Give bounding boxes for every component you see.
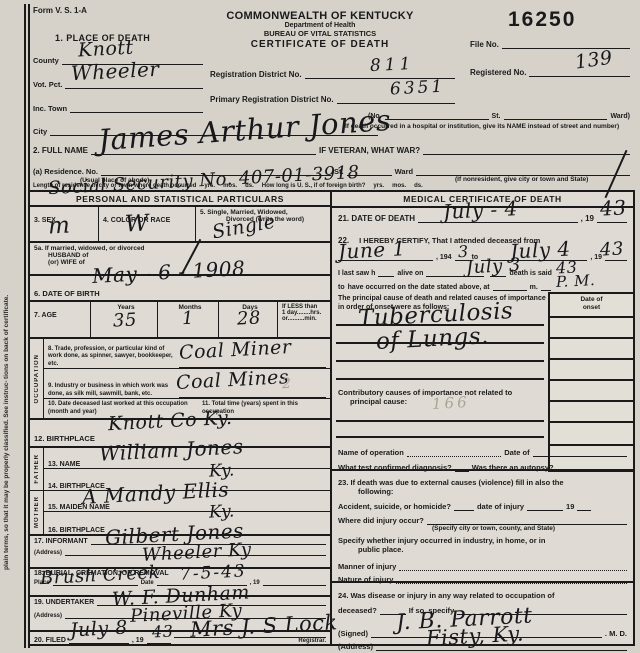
- injury-date-label: date of injury: [477, 502, 524, 511]
- race-cell: 4. COLOR OR RACE W: [99, 207, 196, 241]
- age-days-cell: Days 28: [219, 302, 278, 338]
- parents-strip: FATHER MOTHER: [30, 448, 44, 534]
- row-mother-maiden: 15. MAIDEN NAME A Mandy Ellis: [44, 491, 330, 513]
- certify-194: , 194: [436, 254, 452, 261]
- operation-row: Name of operation Date of: [338, 448, 627, 457]
- veteran-label: IF VETERAN, WHAT WAR?: [319, 146, 420, 155]
- filed-date-value: July 8: [70, 619, 129, 641]
- registration-district-value: 811: [370, 56, 415, 75]
- votpct-row: Vot. Pct. Wheeler: [33, 80, 203, 89]
- contrib-faint-stamp: 166: [432, 395, 470, 412]
- primary-district-value: 6351: [390, 79, 446, 99]
- department-line: Department of Health: [195, 22, 445, 29]
- industry-value: Coal Mines: [176, 368, 290, 393]
- file-no-label: File No.: [470, 40, 499, 49]
- external-causes-line-1: 23. If death was due to external causes …: [338, 478, 627, 487]
- dob-label: 6. DATE OF BIRTH: [34, 289, 100, 298]
- age-years-cell: Years 35: [91, 302, 158, 338]
- age-months-cell: Months 1: [158, 302, 219, 338]
- industry-label: 9. Industry or business in which work wa…: [48, 383, 176, 398]
- residence-label: (a) Residence. No.: [33, 167, 98, 176]
- death-certificate-scan: plain terms, so that it may be properly …: [0, 0, 640, 653]
- physician-address-row: (Address) Fisty, Ky.: [338, 642, 627, 651]
- age-years-value: 35: [113, 311, 138, 330]
- physician-address-label: (Address): [338, 642, 373, 651]
- row-trade: 8. Trade, profession, or particular kind…: [44, 339, 330, 369]
- margin-line-1: plain terms, so that it may be properly …: [2, 380, 11, 570]
- date-of-death-value: July - 4: [443, 198, 519, 222]
- burial-year-label: , 19: [250, 580, 260, 586]
- city-st-hint: St.: [492, 113, 501, 120]
- operation-label: Name of operation: [338, 448, 404, 457]
- city-ward-hint: Ward): [610, 113, 630, 120]
- city-label: City: [33, 127, 47, 136]
- occupation-strip: OCCUPATION: [30, 339, 44, 418]
- onset-label-1: Date of: [550, 296, 633, 304]
- primary-district-label: Primary Registration District No.: [210, 95, 334, 104]
- form-number: Form V. S. 1-A: [33, 6, 87, 15]
- full-name-label: 2. FULL NAME: [33, 146, 88, 155]
- stamp-number: 16250: [508, 8, 576, 32]
- mother-vertical-label: MOTHER: [34, 496, 40, 528]
- registered-no-value: 139: [574, 48, 614, 72]
- specify-text-2: public place.: [358, 545, 403, 554]
- ds-label-2: ds.: [414, 183, 423, 189]
- external-label-1: 23. If death was due to external causes …: [338, 478, 564, 487]
- onset-label-2: onset: [550, 304, 633, 312]
- manner-row: Manner of injury: [338, 562, 627, 571]
- onset-label: Date of onset: [550, 294, 633, 312]
- city-hint-row: (No. St. Ward): [368, 113, 630, 120]
- occupation-block: OCCUPATION 8. Trade, profession, or part…: [30, 339, 330, 420]
- inctown-row: Inc. Town: [33, 104, 203, 113]
- county-label: County: [33, 56, 59, 65]
- certificate-title: CERTIFICATE OF DEATH: [195, 39, 445, 50]
- votpct-value: Wheeler: [71, 59, 160, 84]
- race-value: W: [124, 213, 149, 237]
- manner-label: Manner of injury: [338, 562, 396, 571]
- personal-column: PERSONAL AND STATISTICAL PARTICULARS 3. …: [30, 192, 330, 644]
- alive-label: alive on: [397, 270, 423, 277]
- date-of-death-19: , 19: [581, 214, 594, 223]
- occupation-related-label: 24. Was disease or injury in any way rel…: [338, 591, 554, 600]
- specify-line-1: Specify whether injury occurred in indus…: [338, 536, 627, 545]
- industry-stray-mark: 2: [282, 377, 292, 391]
- date-of-death-label: 21. DATE OF DEATH: [338, 214, 415, 223]
- contrib-line-2: principal cause:: [350, 397, 627, 406]
- age-months-value: 1: [182, 309, 195, 328]
- occurred-label: have occurred on the date stated above, …: [348, 284, 490, 291]
- mother-strip: MOTHER: [30, 491, 43, 534]
- father-vertical-label: FATHER: [34, 454, 40, 484]
- accident-label: Accident, suicide, or homicide?: [338, 502, 451, 511]
- filed-label: 20. FILED: [34, 637, 66, 644]
- age-days-value: 28: [237, 309, 262, 328]
- father-name-label: 13. NAME: [48, 461, 80, 468]
- contrib-label-1: Contributory causes of importance not re…: [338, 388, 512, 397]
- occupation-related-line-1: 24. Was disease or injury in any way rel…: [338, 591, 627, 600]
- contrib-label-2: principal cause:: [350, 397, 407, 406]
- certify-line-4: to have occurred on the date stated abov…: [338, 284, 627, 291]
- margin-line-2: tions on back of certificate.: [2, 295, 11, 379]
- medical-column: MEDICAL CERTIFICATE OF DEATH 21. DATE OF…: [330, 192, 633, 644]
- trade-value: Coal Miner: [179, 338, 292, 363]
- attended-from-value: June 1: [338, 238, 407, 262]
- lastsaw-label: I last saw h: [338, 270, 375, 277]
- header-center: COMMONWEALTH OF KENTUCKY Department of H…: [195, 10, 445, 50]
- age-label: 7. AGE: [34, 312, 57, 319]
- left-border-outer: [24, 4, 26, 648]
- county-value: Knott: [78, 39, 135, 61]
- row-industry: 9. Industry or business in which work wa…: [44, 369, 330, 399]
- attended-to-year: 43: [600, 240, 625, 259]
- contrib-line-1: Contributory causes of importance not re…: [338, 388, 627, 397]
- undertaker-label: 19. UNDERTAKER: [34, 599, 94, 606]
- accident-row: Accident, suicide, or homicide? date of …: [338, 502, 627, 511]
- filed-year-value: 43: [152, 623, 174, 640]
- external-causes-line-2: following:: [358, 487, 627, 496]
- r5a-label-1: 5a. If married, widowed, or divorced: [34, 245, 330, 252]
- margin-instructions: plain terms, so that it may be properly …: [2, 225, 11, 570]
- commonwealth-title: COMMONWEALTH OF KENTUCKY: [195, 10, 445, 22]
- specify-line-2: public place.: [358, 545, 627, 554]
- physician-address-value: Fisty, Ky.: [426, 623, 525, 649]
- ampm-value: P. M.: [556, 273, 596, 290]
- filed-year-printed: , 19: [132, 637, 144, 644]
- age-less-3: or..........min.: [282, 316, 330, 322]
- injury-19: 19: [566, 502, 574, 511]
- yrs-label-2: yrs.: [373, 183, 384, 189]
- dob-value: May - 6 - 1908: [92, 258, 246, 286]
- row-filed: 20. FILED , 19 Registrar. July 8 43 Mrs …: [30, 632, 330, 644]
- lastsaw-value: July 3: [466, 257, 522, 278]
- votpct-label: Vot. Pct.: [33, 80, 62, 89]
- m-label: m.: [530, 284, 538, 291]
- sex-cell: 3. SEX m: [30, 207, 99, 241]
- mos-label-2: mos.: [392, 183, 406, 189]
- occurred-to: to: [338, 284, 345, 291]
- father-name-value: William Jones: [99, 436, 244, 464]
- full-name-row: 2. FULL NAME IF VETERAN, WHAT WAR? James…: [33, 146, 630, 155]
- registered-no-label: Registered No.: [470, 68, 526, 77]
- specify-text-1: Specify whether injury occurred in indus…: [338, 536, 545, 545]
- operation-date-label: Date of: [504, 448, 529, 457]
- age-label-cell: 7. AGE: [30, 302, 91, 338]
- external-label-2: following:: [358, 487, 393, 496]
- registered-no-row: Registered No. 139: [470, 68, 630, 77]
- row-father-name: 13. NAME William Jones: [44, 448, 330, 470]
- age-less-cell: If LESS than 1 day........hrs. or.......…: [278, 302, 330, 338]
- primary-district-row: Primary Registration District No. 6351: [210, 95, 455, 104]
- row-sex-race-marital: 3. SEX m 4. COLOR OR RACE W 5. Single, M…: [30, 207, 330, 243]
- specify-hint-row: (Specify city or town, county, and State…: [432, 525, 627, 532]
- where-injury-label: Where did injury occur?: [338, 516, 424, 525]
- occupation-vertical-label: OCCUPATION: [34, 354, 40, 403]
- sex-value: m: [47, 215, 70, 239]
- row-age: 7. AGE Years 35 Months 1 Days 28: [30, 302, 330, 340]
- mother-maiden-value: A Mandy Ellis: [82, 479, 230, 507]
- birthplace-label: 12. BIRTHPLACE: [34, 434, 95, 443]
- specify-hint: (Specify city or town, county, and State…: [432, 525, 555, 532]
- marital-cell: 5. Single, Married, Widowed, Divorced (w…: [196, 207, 330, 241]
- burial-date-value: 7-5-43: [180, 563, 248, 583]
- deceased-label: deceased?: [338, 606, 377, 615]
- registration-district-label: Registration District No.: [210, 70, 302, 79]
- date-of-death-year: 43: [599, 197, 626, 218]
- father-strip: FATHER: [30, 448, 43, 492]
- r5a-label-2: HUSBAND of: [34, 252, 330, 259]
- bureau-line: BUREAU OF VITAL STATISTICS: [195, 29, 445, 38]
- cause-of-death-value-2: of Lungs.: [375, 325, 489, 354]
- where-injury-row: Where did injury occur?: [338, 516, 627, 525]
- trade-label: 8. Trade, profession, or particular kind…: [48, 346, 176, 369]
- row-date-of-birth: 6. DATE OF BIRTH May - 6 - 1908: [30, 276, 330, 301]
- md-label: . M. D.: [605, 629, 627, 638]
- mother-birthplace-label: 16. BIRTHPLACE: [48, 527, 105, 534]
- birthplace-value: Knott Co Ky.: [108, 409, 233, 434]
- residence-ward-label: Ward: [395, 167, 413, 176]
- row-date-of-death: 21. DATE OF DEATH , 19 July - 4 43: [338, 214, 627, 223]
- undertaker-address-label: (Address): [34, 613, 62, 619]
- signed-label: (Signed): [338, 629, 368, 638]
- date-of-onset-box: Date of onset: [548, 292, 635, 472]
- informant-label: 17. INFORMANT: [34, 538, 88, 545]
- inctown-label: Inc. Town: [33, 104, 67, 113]
- nonresident-hint: (If nonresident, give city or town and S…: [455, 176, 588, 183]
- form-table: PERSONAL AND STATISTICAL PARTICULARS 3. …: [28, 190, 635, 646]
- informant-address-label: (Address): [34, 550, 62, 556]
